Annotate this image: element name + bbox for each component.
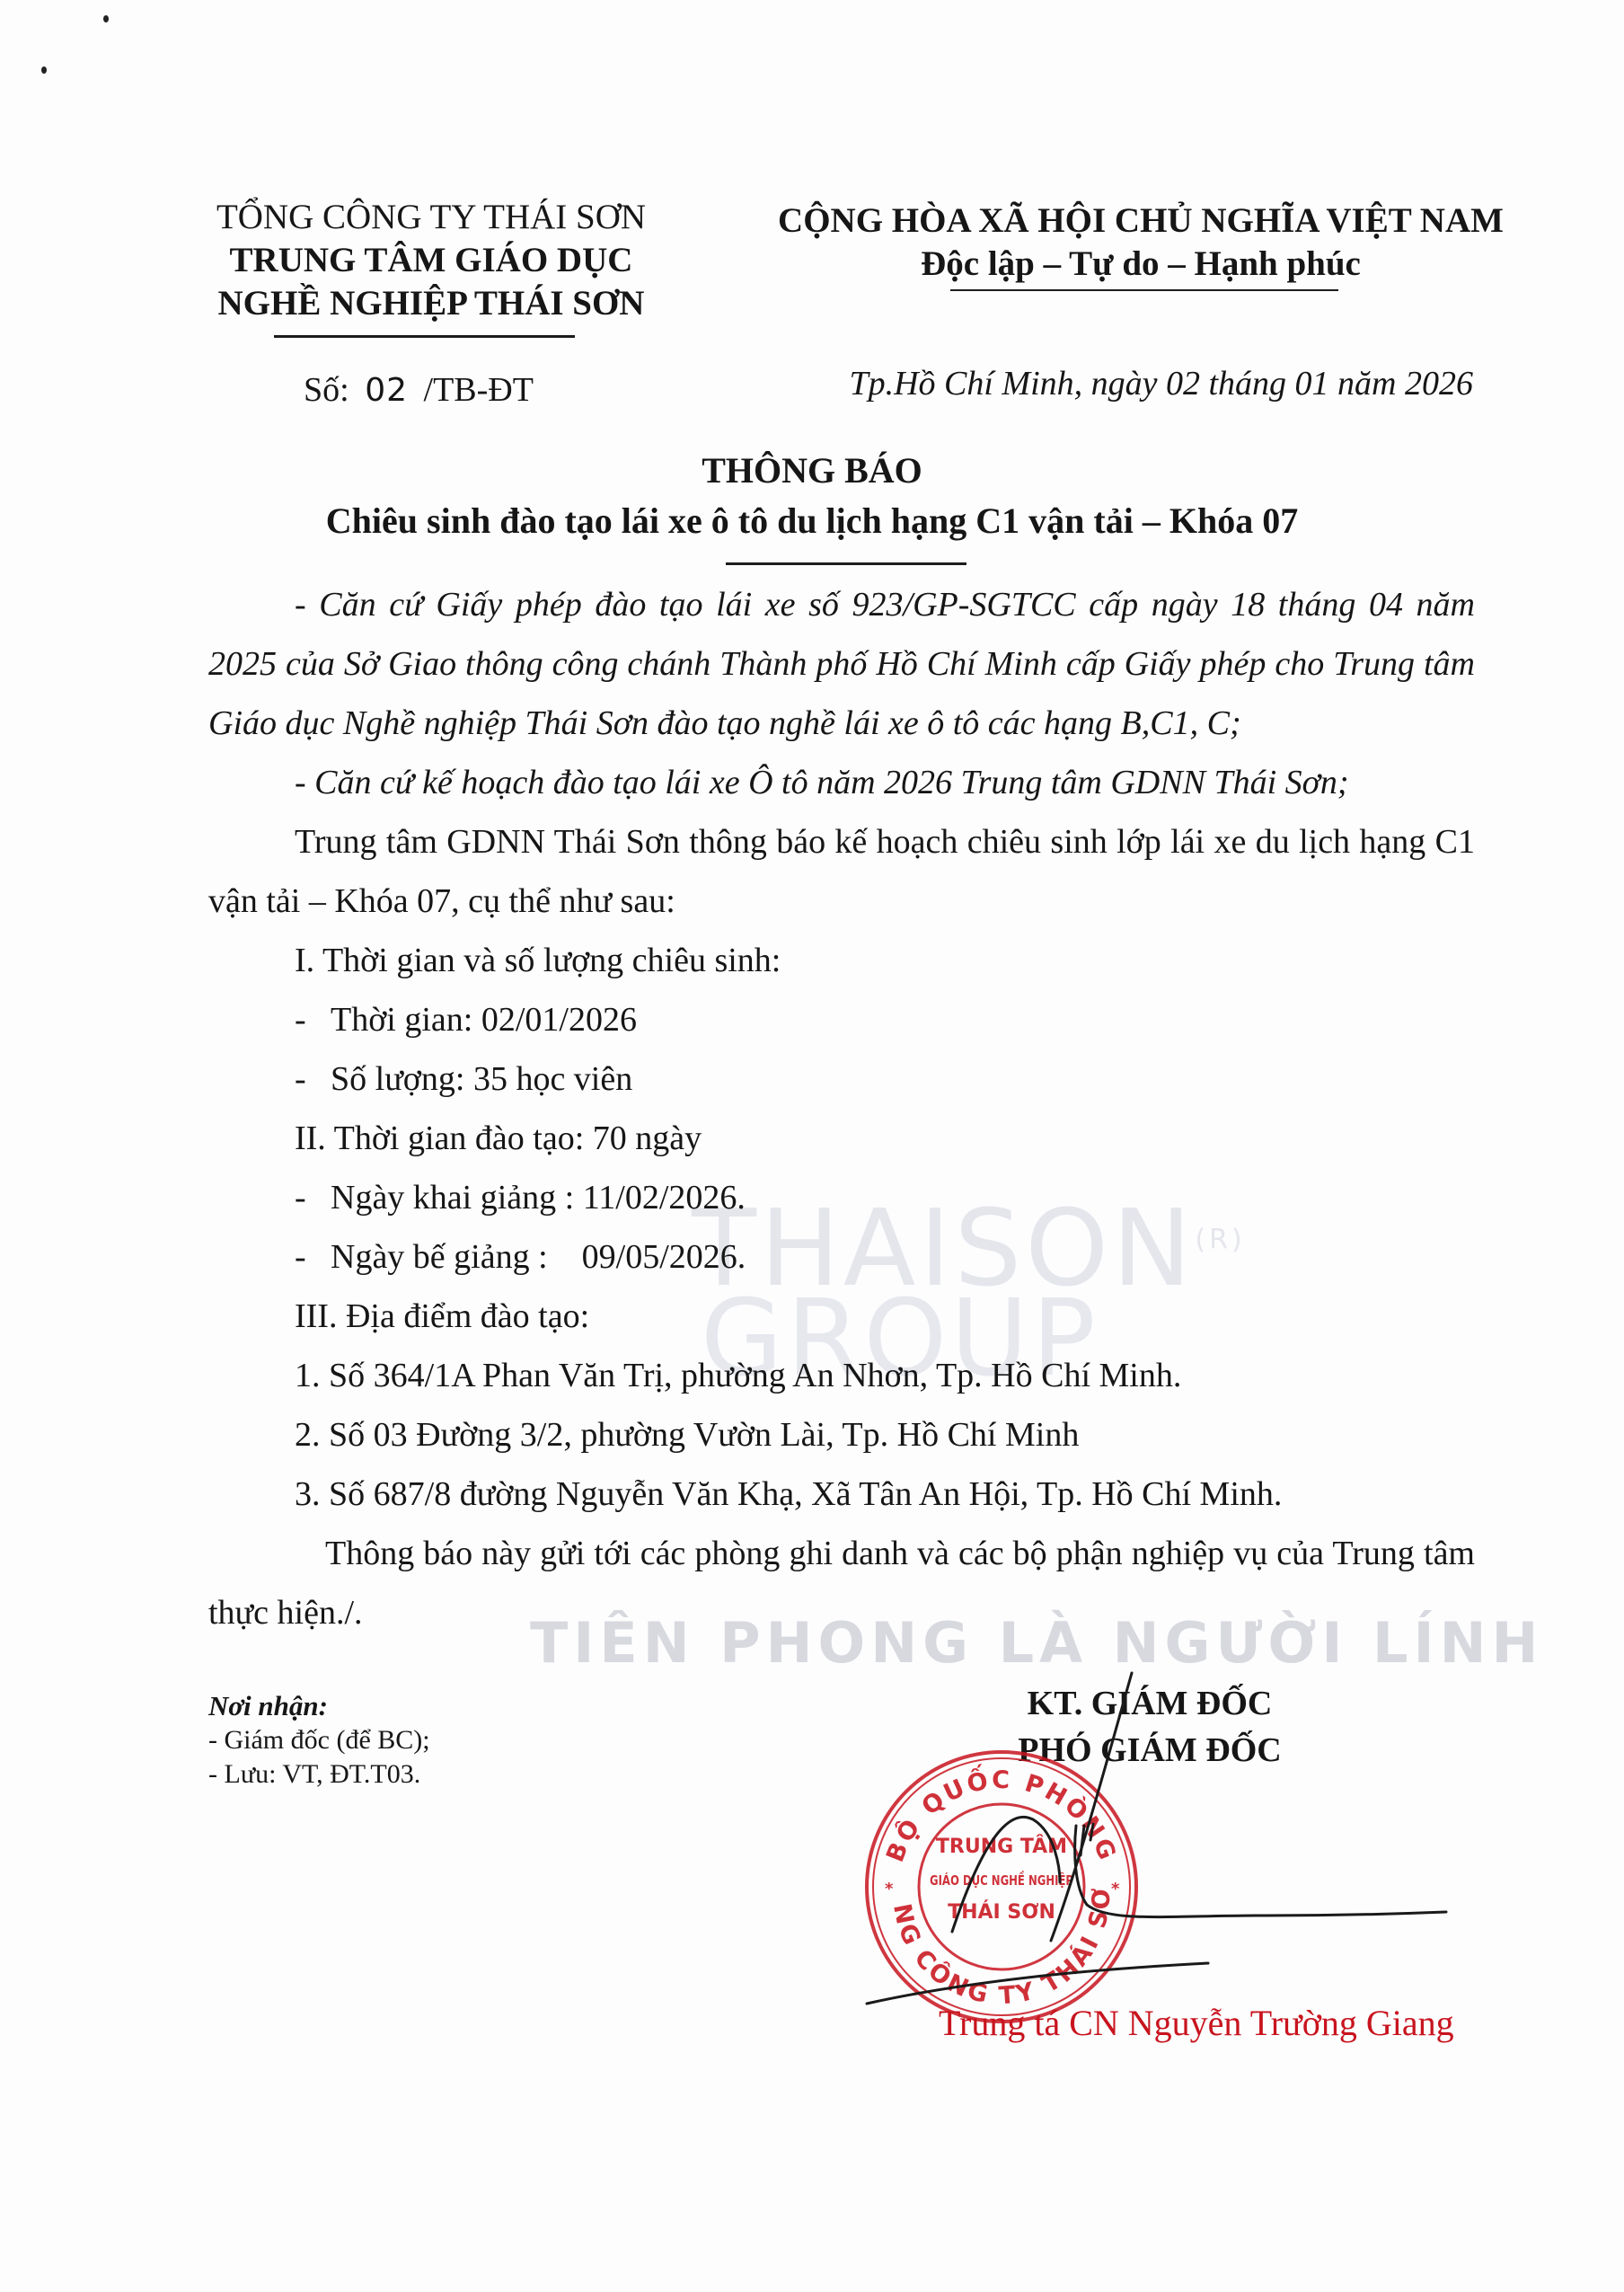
recipients-block: Nơi nhận: - Giám đốc (để BC); - Lưu: VT,… — [208, 1689, 430, 1792]
official-stamp: BỘ QUỐC PHÒNG TỔNG CÔNG TY THÁI SƠN TRUN… — [858, 1743, 1145, 2031]
nation-name: CỘNG HÒA XÃ HỘI CHỦ NGHĨA VIỆT NAM — [746, 199, 1536, 243]
national-header: CỘNG HÒA XÃ HỘI CHỦ NGHĨA VIỆT NAM Độc l… — [746, 199, 1536, 286]
list-item: -Ngày khai giảng : 11/02/2026. — [208, 1168, 1475, 1227]
recipient-item: - Giám đốc (để BC); — [208, 1723, 430, 1757]
scan-speck — [103, 15, 109, 22]
recipients-heading: Nơi nhận: — [208, 1689, 430, 1723]
closing-paragraph: Thông báo này gửi tới các phòng ghi danh… — [208, 1524, 1475, 1642]
motto-underline — [950, 289, 1338, 291]
address-item: 1. Số 364/1A Phan Văn Trị, phường An Nhơ… — [208, 1346, 1475, 1405]
basis-item: - Căn cứ Giấy phép đào tạo lái xe số 923… — [208, 575, 1475, 753]
section-heading: I. Thời gian và số lượng chiêu sinh: — [208, 931, 1475, 990]
title-underline — [726, 562, 966, 565]
stamp-inner-line1: TRUNG TÂM — [936, 1835, 1067, 1858]
signing-authority: KT. GIÁM ĐỐC — [916, 1680, 1383, 1727]
list-item: -Số lượng: 35 học viên — [208, 1049, 1475, 1109]
section-heading: III. Địa điểm đào tạo: — [208, 1287, 1475, 1346]
address-item: 3. Số 687/8 đường Nguyễn Văn Khạ, Xã Tân… — [208, 1465, 1475, 1524]
list-item: -Ngày bế giảng : 09/05/2026. — [208, 1227, 1475, 1287]
document-body: - Căn cứ Giấy phép đào tạo lái xe số 923… — [208, 575, 1475, 1642]
doc-number-handwritten: 02 — [357, 372, 415, 409]
place-and-date: Tp.Hồ Chí Minh, ngày 02 tháng 01 năm 202… — [849, 364, 1473, 403]
national-motto: Độc lập – Tự do – Hạnh phúc — [746, 243, 1536, 286]
document-title: THÔNG BÁO — [0, 449, 1624, 491]
stamp-inner-line2: GIÁO DỤC NGHỀ NGHIỆP — [930, 1870, 1073, 1889]
svg-text:*: * — [885, 1880, 894, 1898]
document-subtitle: Chiêu sinh đào tạo lái xe ô tô du lịch h… — [0, 500, 1624, 542]
basis-item: - Căn cứ kế hoạch đào tạo lái xe Ô tô nă… — [208, 753, 1475, 812]
intro-paragraph: Trung tâm GDNN Thái Sơn thông báo kế hoạ… — [208, 812, 1475, 931]
recipient-item: - Lưu: VT, ĐT.T03. — [208, 1757, 430, 1792]
issuing-organization: TỔNG CÔNG TY THÁI SƠN TRUNG TÂM GIÁO DỤC… — [193, 196, 669, 325]
stamp-inner-line3: THÁI SƠN — [948, 1900, 1055, 1924]
organization-name-line1: TRUNG TÂM GIÁO DỤC — [193, 239, 669, 282]
doc-number-label: Số: — [304, 371, 349, 409]
scan-speck — [41, 66, 47, 74]
section-heading: II. Thời gian đào tạo: 70 ngày — [208, 1109, 1475, 1168]
list-item: -Thời gian: 02/01/2026 — [208, 990, 1475, 1049]
svg-text:*: * — [1111, 1880, 1120, 1898]
organization-name-line2: NGHỀ NGHIỆP THÁI SƠN — [193, 282, 669, 325]
address-item: 2. Số 03 Đường 3/2, phường Vườn Lài, Tp.… — [208, 1405, 1475, 1465]
header-left-underline — [274, 335, 575, 338]
doc-number-suffix: /TB-ĐT — [424, 371, 534, 409]
document-number: Số: 02 /TB-ĐT — [304, 370, 534, 410]
signer-name: Trung tá CN Nguyễn Trường Giang — [939, 2002, 1454, 2044]
parent-organization: TỔNG CÔNG TY THÁI SƠN — [193, 196, 669, 239]
